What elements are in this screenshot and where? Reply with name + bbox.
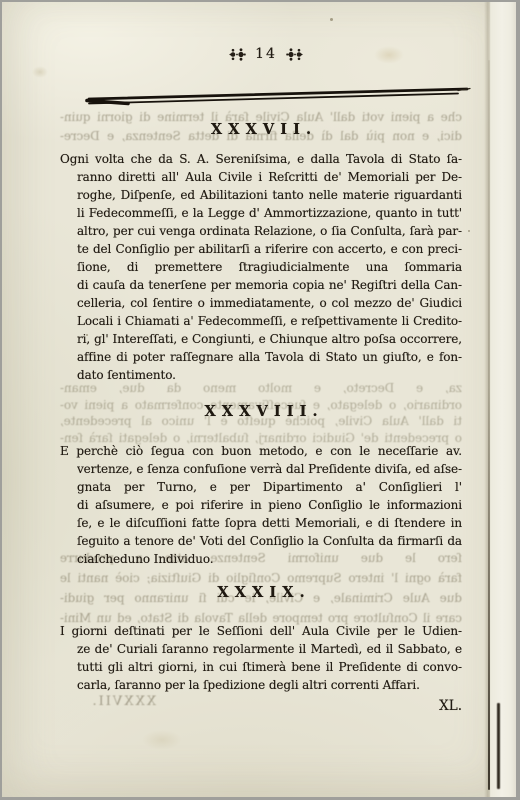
text-line: celleria, col ſentire o immediatamente, … [77,294,462,312]
text-line: vertenze, e ſenza confuſione verrà dal P… [77,460,462,478]
text-line: ſione, di premettere ſtragiudicialmente … [77,258,462,276]
text-line: tutti gli altri giorni, in cui ſtimerà b… [77,658,462,676]
text-line: I giorni deſtinati per le Seſſioni dell'… [60,622,462,640]
paragraph-xxxix: I giorni deſtinati per le Seſſioni dell'… [60,622,462,694]
text-line: gnata per Turno, e per Dipartimento a' C… [77,478,462,496]
paragraph-xxxviii: E perchè ciò ſegua con buon metodo, e co… [60,442,462,568]
text-line: ze de' Curiali ſaranno regolarmente il M… [77,640,462,658]
fleuron-icon [286,48,303,61]
fleuron-icon [229,48,246,61]
page-fore-edge [490,2,516,797]
text-line: Ogni volta che da S. A. Sereniſsima, e d… [60,150,462,168]
text-line: Locali i Chiamati a' Fedecommeſſi, e reſ… [77,312,462,330]
page-crease-line [488,60,490,790]
text-line: ranno diretti all' Aula Civile i Reſcrit… [77,168,462,186]
scan-frame: che a pieni voti dall' Aula Civile ſarà … [0,0,520,800]
paper-stain [32,66,48,78]
book-page: che a pieni voti dall' Aula Civile ſarà … [2,2,490,797]
text-line: E perchè ciò ſegua con buon metodo, e co… [60,442,462,460]
paper-speck [86,334,88,336]
paragraph-xxxvii: Ogni volta che da S. A. Sereniſsima, e d… [60,150,462,384]
text-line: roghe, Diſpenſe, ed Abilitazioni tanto n… [77,186,462,204]
catchword: XL. [60,698,462,714]
page-number: 14 [255,46,277,62]
text-line: ſe, e le diſcuſſioni fatte ſopra detti M… [77,514,462,532]
text-line: ri, gl' Intereſſati, e Congiunti, e Chiu… [77,330,462,348]
edge-ink-mark [497,703,500,789]
page-header: 14 [66,46,466,62]
section-heading-xxxviii: XXXVIII. [60,403,462,420]
text-line: li Fedecommeſſi, e la Legge d' Ammortizz… [77,204,462,222]
section-heading-xxxix: XXXIX. [60,584,462,601]
text-line: di aſsumere, e poi riferire in pieno Con… [77,496,462,514]
text-line: te del Conſiglio per abilitarſi a riferi… [77,240,462,258]
text-line: ſeguito a tenore de' Voti del Conſiglio … [77,532,462,550]
paper-speck [468,230,470,232]
header-rule [82,84,474,112]
text-line: carla, ſaranno per la ſpedizione degli a… [77,676,462,694]
paper-speck [330,18,333,21]
text-line: altro, per cui venga ordinata Relazione,… [77,222,462,240]
section-heading-xxxvii: XXXVII. [60,121,462,138]
paper-stain [142,730,182,750]
text-line: dato ſentimento. [77,366,462,384]
text-line: affine di poter raſſegnare alla Tavola d… [77,348,462,366]
text-line: ciaſcheduno Individuo. [77,550,462,568]
text-line: di cauſa da tenerſene per memoria copia … [77,276,462,294]
